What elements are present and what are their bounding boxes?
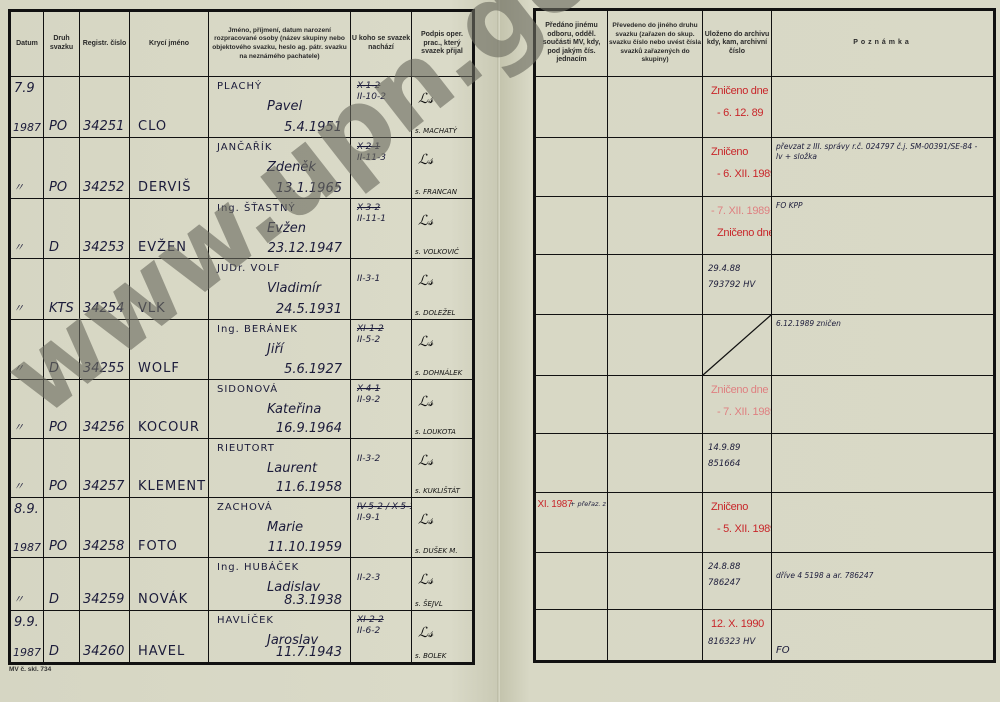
cell-note: FO KPP [772,197,995,255]
date-bottom: 〃 [13,360,24,376]
person-birthdate: 23.12.1947 [268,241,342,256]
archive-stamp-line2: - 6. XII. 1989 [717,168,772,180]
cell-archive: 29.4.88 793792 HV [703,255,772,315]
cell-signature: ℒ𝓈 s. VOLKOVIĆ [412,199,474,259]
table-row: 7.9 1987 PO 34251 CLO PLACHÝ Pavel 5.4.1… [10,77,474,138]
cell-handed-over [535,77,608,138]
person-surname: RIEUTORT [217,443,275,454]
header-location: U koho se svazek nachází [351,11,412,77]
cell-date: 〃 [10,138,44,199]
cell-signature: ℒ𝓈 s. KUKLIŠTÁT [412,439,474,498]
cell-signature: ℒ𝓈 s. DOLEŽEL [412,259,474,320]
cell-handed-over [535,553,608,610]
type-value: PO [49,119,67,134]
signature-scribble: ℒ𝓈 [418,91,433,107]
person-birthdate: 11.7.1943 [276,645,342,660]
cell-signature: ℒ𝓈 s. BOLEK [412,611,474,664]
cell-cover: WOLF [130,320,209,380]
reg-number: 34252 [83,180,124,195]
cell-person: Ing. ŠŤASTNÝ Evžen 23.12.1947 [209,199,351,259]
left-page: Datum Druh svazku Registr. číslo Krycí j… [0,0,500,702]
cell-reg: 34258 [80,498,130,558]
cell-cover: FOTO [130,498,209,558]
cover-name: KOCOUR [138,420,200,435]
header-handed-over: Předáno jinému odboru, odděl. součásti M… [535,10,608,77]
date-bottom: 〃 [13,300,24,316]
location-current: II-2-3 [357,573,380,583]
header-archived: Uloženo do archivu kdy, kam, archivní čí… [703,10,772,77]
signer-name: s. KUKLIŠTÁT [415,487,460,495]
registry-table: Datum Druh svazku Registr. číslo Krycí j… [8,9,475,665]
location-old: X-3-2 [357,203,380,213]
cell-archive: 12. X. 1990 816323 HV [703,610,772,662]
archive-stamp-line1: 12. X. 1990 [711,618,764,630]
cell-handed-over [535,197,608,255]
cell-location: II-3-1 [351,259,412,320]
person-birthdate: 11.10.1959 [268,540,342,555]
cell-converted [608,255,703,315]
date-bottom: 〃 [13,478,24,494]
person-surname: JANČAŘÍK [217,142,272,153]
archive-stamp-line2: - 7. XII. 1989 [717,406,772,418]
table-row: 12. X. 1990 816323 HV FO [535,610,995,662]
cell-signature: ℒ𝓈 s. ŠEJVL [412,558,474,611]
cell-signature: ℒ𝓈 s. LOUKOTA [412,380,474,439]
cover-name: DERVIŠ [138,180,192,195]
reg-number: 34253 [83,240,124,255]
person-birthdate: 5.4.1951 [284,120,342,135]
table-row: - 7. XII. 1989 Zničeno dne FO KPP [535,197,995,255]
date-bottom: 〃 [13,239,24,255]
reg-number: 34251 [83,119,124,134]
note-text: FO [776,646,986,656]
location-old: X-1-2 [357,81,380,91]
cover-name: FOTO [138,539,178,554]
cell-signature: ℒ𝓈 s. DUŠEK M. [412,498,474,558]
signature-scribble: ℒ𝓈 [418,512,433,528]
header-cover-name: Krycí jméno [130,11,209,77]
type-value: D [49,644,59,659]
person-surname: JUDr. VOLF [217,263,280,274]
archive-handwritten: 14.9.89 851664 [708,440,740,472]
cell-reg: 34260 [80,611,130,664]
cell-location: X-1-2 II-10-2 [351,77,412,138]
cell-cover: KLEMENT [130,439,209,498]
signer-name: s. DUŠEK M. [415,547,458,555]
reg-number: 34254 [83,301,124,316]
cell-converted [608,493,703,553]
person-firstname: Marie [267,520,303,535]
cover-name: VLK [138,301,166,316]
date-top: 7.9 [14,81,35,96]
cell-handed-over [535,434,608,493]
cell-person: RIEUTORT Laurent 11.6.1958 [209,439,351,498]
reg-number: 34257 [83,479,124,494]
table-row: 6.12.1989 zničen [535,315,995,376]
archive-handwritten: 816323 HV [708,634,755,650]
cell-type: PO [44,439,80,498]
cover-name: NOVÁK [138,592,188,607]
cell-location: XI-2-2 II-6-2 [351,611,412,664]
date-bottom: 〃 [13,591,24,607]
signature-scribble: ℒ𝓈 [418,625,433,641]
cell-person: Ing. HUBÁČEK Ladislav 8.3.1938 [209,558,351,611]
cell-converted [608,434,703,493]
cell-archive: - 7. XII. 1989 Zničeno dne [703,197,772,255]
note-text: převzat z III. správy r.č. 024797 č.j. S… [776,142,986,162]
table-header-row: Datum Druh svazku Registr. číslo Krycí j… [10,11,474,77]
signature-scribble: ℒ𝓈 [418,213,433,229]
reg-number: 34258 [83,539,124,554]
cell-location: IV-5-2 / X-5-1 II-9-1 [351,498,412,558]
reg-number: 34255 [83,361,124,376]
cell-note [772,376,995,434]
cell-person: JANČAŘÍK Zdeněk 13.1.1965 [209,138,351,199]
location-current: II-11-1 [357,214,386,224]
person-surname: Ing. ŠŤASTNÝ [217,203,296,214]
location-old: X-4-1 [357,384,380,394]
type-value: D [49,240,59,255]
table-row: 14.9.89 851664 [535,434,995,493]
cell-cover: KOCOUR [130,380,209,439]
type-value: PO [49,420,67,435]
signer-name: s. ŠEJVL [415,600,443,608]
person-surname: Ing. BERÁNEK [217,324,298,335]
signer-name: s. VOLKOVIĆ [415,248,459,256]
cell-converted [608,77,703,138]
cell-date: 〃 [10,259,44,320]
cover-name: CLO [138,119,167,134]
header-converted: Převedeno do jiného druhu svazku (zařaze… [608,10,703,77]
signer-name: s. DOLEŽEL [415,309,455,317]
cover-name: EVŽEN [138,240,187,255]
table-row: 〃 PO 34256 KOCOUR SIDONOVÁ Kateřina 16.9… [10,380,474,439]
date-top: 9.9. [14,615,39,630]
cell-cover: EVŽEN [130,199,209,259]
archive-stamp-line1: Zničeno dne [711,85,768,97]
cell-person: ZACHOVÁ Marie 11.10.1959 [209,498,351,558]
location-current: II-5-2 [357,335,380,345]
cell-reg: 34253 [80,199,130,259]
person-firstname: Pavel [267,99,302,114]
location-current: II-3-2 [357,454,380,464]
person-surname: Ing. HUBÁČEK [217,562,299,573]
type-value: PO [49,539,67,554]
cell-reg: 34254 [80,259,130,320]
cover-name: WOLF [138,361,180,376]
cell-date: 9.9. 1987 [10,611,44,664]
cell-type: PO [44,138,80,199]
cell-date: 〃 [10,558,44,611]
person-birthdate: 13.1.1965 [276,181,342,196]
cell-date: 8.9. 1987 [10,498,44,558]
cell-location: X-2-1 II-11-3 [351,138,412,199]
cell-person: PLACHÝ Pavel 5.4.1951 [209,77,351,138]
table-row: 9.9. 1987 D 34260 HAVEL HAVLÍČEK Jarosla… [10,611,474,664]
cell-reg: 34252 [80,138,130,199]
cell-cover: NOVÁK [130,558,209,611]
cell-person: HAVLÍČEK Jaroslav 11.7.1943 [209,611,351,664]
cell-cover: DERVIŠ [130,138,209,199]
header-date: Datum [10,11,44,77]
signature-scribble: ℒ𝓈 [418,334,433,350]
cell-archive: Zničeno - 6. XII. 1989 [703,138,772,197]
table-row: 8.9. 1987 PO 34258 FOTO ZACHOVÁ Marie 11… [10,498,474,558]
location-current: II-3-1 [357,274,380,284]
cell-note: 6.12.1989 zničen [772,315,995,376]
signature-scribble: ℒ𝓈 [418,572,433,588]
person-surname: PLACHÝ [217,81,262,92]
type-value: KTS [49,301,74,316]
cell-person: Ing. BERÁNEK Jiří 5.6.1927 [209,320,351,380]
reg-number: 34260 [83,644,124,659]
cell-converted [608,610,703,662]
person-firstname: Zdeněk [267,160,316,175]
cell-location: XI-1-2 II-5-2 [351,320,412,380]
cell-reg: 34257 [80,439,130,498]
table-row: Zničeno - 6. XII. 1989 převzat z III. sp… [535,138,995,197]
person-firstname: Vladimír [267,281,321,296]
type-value: PO [49,180,67,195]
right-page: Předáno jinému odboru, odděl. součásti M… [500,0,1000,702]
person-birthdate: 11.6.1958 [276,480,342,495]
archive-stamp-line1: - 7. XII. 1989 [711,205,770,217]
cell-type: KTS [44,259,80,320]
cancel-diagonal-line [703,315,771,375]
signer-name: s. BOLEK [415,652,446,660]
signature-scribble: ℒ𝓈 [418,152,433,168]
cell-type: PO [44,77,80,138]
note-text: dříve 4 5198 a ar. 786247 s A pramenný s… [776,557,986,610]
signer-name: s. LOUKOTA [415,428,456,436]
reg-number: 34256 [83,420,124,435]
cell-note [772,77,995,138]
cell-converted [608,553,703,610]
cell-type: PO [44,380,80,439]
cell-location: II-2-3 [351,558,412,611]
archive-stamp-line2: Zničeno dne [717,227,772,239]
date-bottom: 〃 [13,179,24,195]
reg-number: 34259 [83,592,124,607]
signer-name: s. MACHATÝ [415,127,457,135]
header-person: Jméno, příjmení, datum narození rozpraco… [209,11,351,77]
person-firstname: Laurent [267,461,317,476]
cell-archive: 14.9.89 851664 [703,434,772,493]
table-row: 〃 PO 34257 KLEMENT RIEUTORT Laurent 11.6… [10,439,474,498]
location-old: XI-2-2 [357,615,384,625]
person-surname: SIDONOVÁ [217,384,278,395]
note-text: FO KPP [776,201,986,211]
archive-stamp-line2: - 5. XII. 1989 [717,523,772,535]
cell-reg: 34256 [80,380,130,439]
cell-cover: VLK [130,259,209,320]
cell-archive: Zničeno dne - 7. XII. 1989 [703,376,772,434]
cell-note [772,493,995,553]
table-row: 〃 D 34255 WOLF Ing. BERÁNEK Jiří 5.6.192… [10,320,474,380]
cell-date: 〃 [10,380,44,439]
cell-note: dříve 4 5198 a ar. 786247 s A pramenný s… [772,553,995,610]
date-bottom: 〃 [13,419,24,435]
cell-handed-over [535,315,608,376]
cell-note: FO [772,610,995,662]
cell-converted [608,138,703,197]
signature-scribble: ℒ𝓈 [418,273,433,289]
cell-converted [608,315,703,376]
location-current: II-6-2 [357,626,380,636]
location-current: II-11-3 [357,153,386,163]
cell-archive [703,315,772,376]
location-old: IV-5-2 / X-5-1 [357,502,412,512]
cell-date: 〃 [10,199,44,259]
type-value: PO [49,479,67,494]
cell-handed-over [535,138,608,197]
type-value: D [49,592,59,607]
handed-stamp: 14. XI. 1987 [535,499,573,510]
cell-cover: HAVEL [130,611,209,664]
cell-reg: 34251 [80,77,130,138]
table-row: 14. XI. 1987 + přeřaz. z IV-5-2 na X-5-1… [535,493,995,553]
cover-name: HAVEL [138,644,185,659]
cell-handed-over [535,610,608,662]
cell-reg: 34255 [80,320,130,380]
cell-person: JUDr. VOLF Vladimír 24.5.1931 [209,259,351,320]
location-old: X-2-1 [357,142,380,152]
cell-note [772,255,995,315]
cell-type: PO [44,498,80,558]
type-value: D [49,361,59,376]
person-firstname: Kateřina [267,402,321,417]
cell-location: II-3-2 [351,439,412,498]
table-row: 〃 KTS 34254 VLK JUDr. VOLF Vladimír 24.5… [10,259,474,320]
cell-type: D [44,320,80,380]
cell-signature: ℒ𝓈 s. DOHNÁLEK [412,320,474,380]
location-current: II-10-2 [357,92,386,102]
table-header-row: Předáno jinému odboru, odděl. součásti M… [535,10,995,77]
person-surname: ZACHOVÁ [217,502,273,513]
person-birthdate: 16.9.1964 [276,421,342,436]
person-birthdate: 5.6.1927 [284,362,342,377]
archive-stamp-line2: - 6. 12. 89 [717,107,763,119]
archive-handwritten: 24.8.88 786247 [708,559,740,591]
cell-archive: 24.8.88 786247 [703,553,772,610]
header-type: Druh svazku [44,11,80,77]
table-row: 〃 D 34253 EVŽEN Ing. ŠŤASTNÝ Evžen 23.12… [10,199,474,259]
cell-note [772,434,995,493]
cell-handed-over [535,255,608,315]
archive-stamp-line1: Zničeno dne [711,384,768,396]
location-old: XI-1-2 [357,324,384,334]
cell-reg: 34259 [80,558,130,611]
person-firstname: Jiří [267,342,283,357]
cell-type: D [44,611,80,664]
cell-signature: ℒ𝓈 s. FRANCAN [412,138,474,199]
person-firstname: Evžen [267,221,306,236]
cell-handed-over [535,376,608,434]
table-row: 〃 PO 34252 DERVIŠ JANČAŘÍK Zdeněk 13.1.1… [10,138,474,199]
location-current: II-9-2 [357,395,380,405]
person-birthdate: 24.5.1931 [276,302,342,317]
person-surname: HAVLÍČEK [217,615,274,626]
cell-location: X-4-1 II-9-2 [351,380,412,439]
table-row: 24.8.88 786247 dříve 4 5198 a ar. 786247… [535,553,995,610]
handed-note: + přeřaz. z IV-5-2 na X-5-1 [570,500,608,508]
header-note: Poznámka [772,10,995,77]
cell-type: D [44,558,80,611]
signature-scribble: ℒ𝓈 [418,394,433,410]
table-row: Zničeno dne - 6. 12. 89 [535,77,995,138]
signer-name: s. DOHNÁLEK [415,369,462,377]
cell-signature: ℒ𝓈 s. MACHATÝ [412,77,474,138]
cell-handed-over: 14. XI. 1987 + přeřaz. z IV-5-2 na X-5-1 [535,493,608,553]
archive-handwritten: 29.4.88 793792 HV [708,261,755,293]
date-bottom: 1987 [13,541,41,554]
cell-note: převzat z III. správy r.č. 024797 č.j. S… [772,138,995,197]
person-birthdate: 8.3.1938 [284,593,342,608]
cell-date: 7.9 1987 [10,77,44,138]
table-row: Zničeno dne - 7. XII. 1989 [535,376,995,434]
header-signature: Podpis oper. prac., který svazek přijal [412,11,474,77]
cell-person: SIDONOVÁ Kateřina 16.9.1964 [209,380,351,439]
header-reg-number: Registr. číslo [80,11,130,77]
location-current: II-9-1 [357,513,380,523]
date-bottom: 1987 [13,121,41,134]
date-top: 8.9. [14,502,39,517]
archive-table: Předáno jinému odboru, odděl. součásti M… [533,8,996,663]
signer-name: s. FRANCAN [415,188,457,196]
cell-location: X-3-2 II-11-1 [351,199,412,259]
cover-name: KLEMENT [138,479,206,494]
table-row: 〃 D 34259 NOVÁK Ing. HUBÁČEK Ladislav 8.… [10,558,474,611]
archive-stamp-line1: Zničeno [711,501,748,513]
signature-scribble: ℒ𝓈 [418,453,433,469]
note-text: 6.12.1989 zničen [776,319,986,329]
archive-stamp-line1: Zničeno [711,146,748,158]
form-code: MV č. skl. 734 [9,666,51,673]
table-row: 29.4.88 793792 HV [535,255,995,315]
cell-converted [608,197,703,255]
cell-type: D [44,199,80,259]
cell-date: 〃 [10,439,44,498]
cell-archive: Zničeno - 5. XII. 1989 [703,493,772,553]
cell-archive: Zničeno dne - 6. 12. 89 [703,77,772,138]
cell-converted [608,376,703,434]
date-bottom: 1987 [13,646,41,659]
cell-cover: CLO [130,77,209,138]
cell-date: 〃 [10,320,44,380]
